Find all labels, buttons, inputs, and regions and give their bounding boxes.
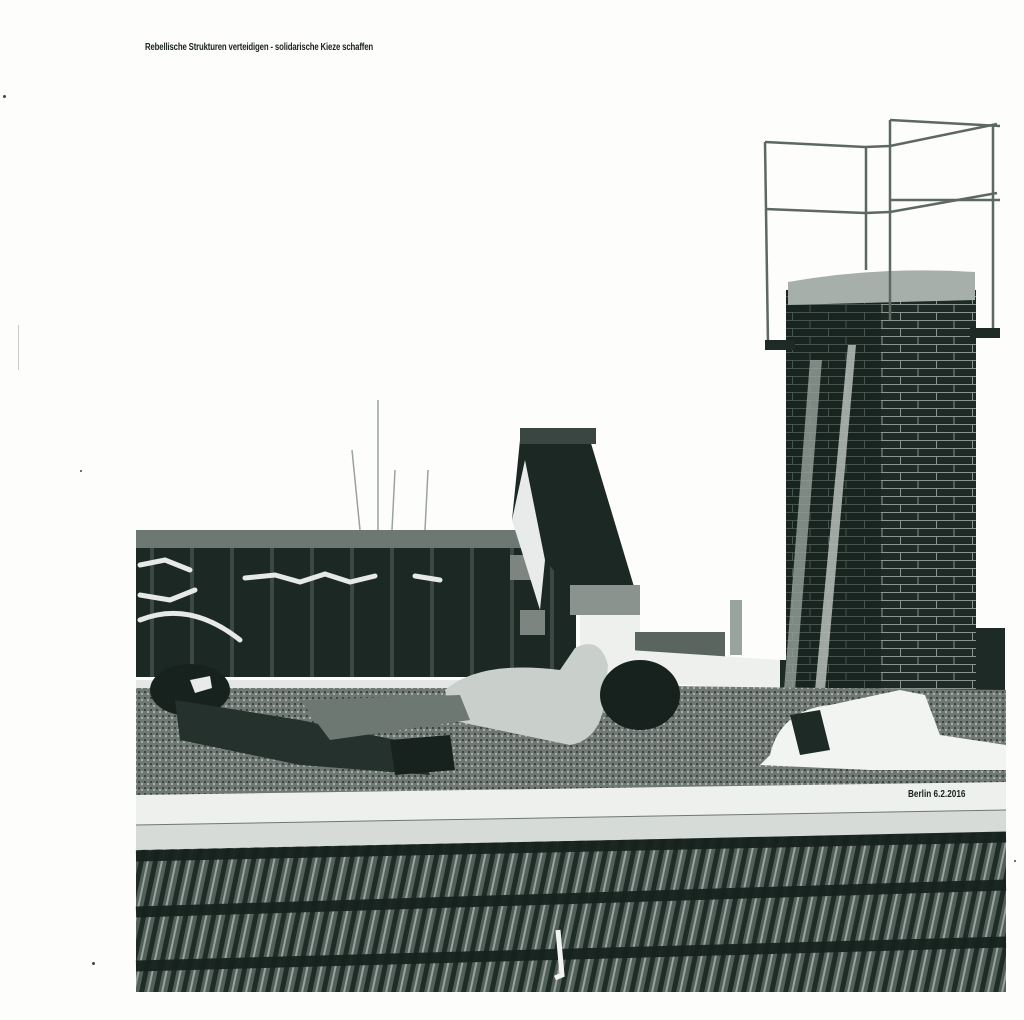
- rooftop-photo: [0, 0, 1024, 1020]
- photo-caption: Berlin 6.2.2016: [908, 789, 965, 800]
